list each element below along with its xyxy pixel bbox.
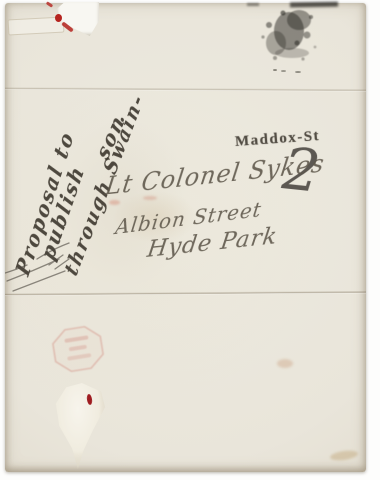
paper-stain bbox=[330, 449, 359, 462]
fold-crease-top bbox=[5, 87, 366, 92]
ink-speck bbox=[281, 70, 286, 72]
paper-stain bbox=[277, 359, 293, 368]
scan-background: Proposal to publish through Swain- son M… bbox=[0, 0, 380, 480]
red-wax-spot bbox=[55, 14, 62, 22]
wax-seal-remnant bbox=[50, 383, 108, 469]
red-octagonal-datestamp bbox=[50, 323, 106, 374]
red-offset-mark bbox=[143, 196, 157, 200]
ink-speck bbox=[273, 69, 277, 71]
letter-cover: Proposal to publish through Swain- son M… bbox=[5, 3, 366, 472]
pen-scribble-strokes bbox=[5, 231, 115, 293]
red-wax-tick bbox=[46, 1, 53, 7]
ink-blot bbox=[245, 3, 333, 73]
ink-speck bbox=[295, 71, 301, 73]
